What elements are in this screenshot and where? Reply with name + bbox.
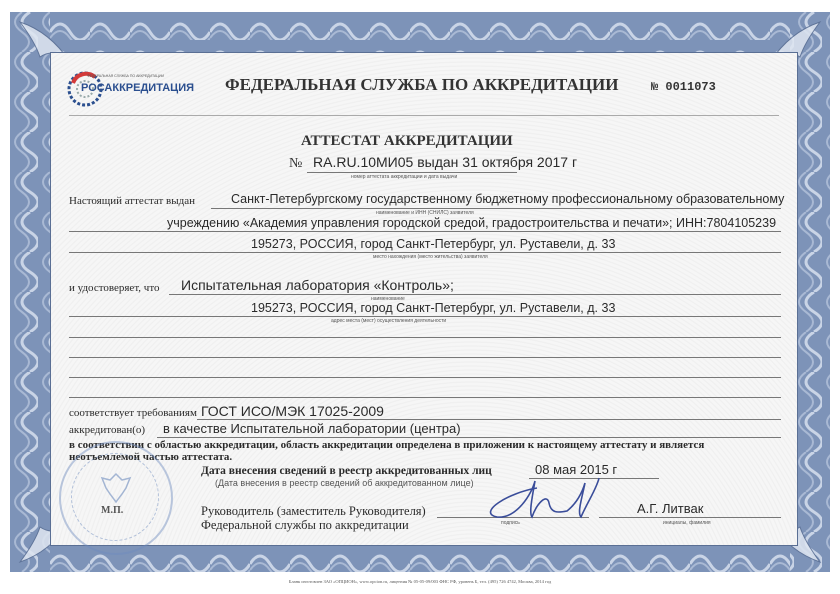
issued-to-underline2 [69, 231, 781, 232]
certifies-underline1 [169, 294, 781, 295]
certificate-number-caption: номер аттестата аккредитации и дата выда… [351, 174, 457, 180]
accredited-label: аккредитован(о) [69, 424, 145, 436]
double-headed-eagle-icon [96, 468, 136, 508]
certifies-caption2: адрес места (мест) осуществления деятель… [331, 318, 446, 324]
certificate-title: АТТЕСТАТ АККРЕДИТАЦИИ [301, 133, 513, 150]
certificate-number-prefix: № [289, 156, 302, 172]
agency-title: ФЕДЕРАЛЬНАЯ СЛУЖБА ПО АККРЕДИТАЦИИ [225, 75, 618, 95]
issued-to-line2: учреждению «Академия управления городско… [167, 216, 776, 230]
rosaccreditation-logo: ФЕДЕРАЛЬНАЯ СЛУЖБА ПО АККРЕДИТАЦИИ РОСАК… [65, 69, 205, 109]
logo-subtitle: ФЕДЕРАЛЬНАЯ СЛУЖБА ПО АККРЕДИТАЦИИ [87, 74, 164, 78]
registry-caption: (Дата внесения в реестр сведений об аккр… [215, 478, 474, 488]
issued-to-line1: Санкт-Петербургскому государственному бю… [231, 192, 784, 206]
signer-role-line1: Руководитель (заместитель Руководителя) [201, 504, 426, 519]
blank-line-4 [69, 397, 781, 398]
signer-name-underline [599, 517, 781, 518]
issued-to-underline1 [211, 208, 781, 209]
certificate-number: RA.RU.10МИ05 выдан 31 октября 2017 г [313, 154, 577, 170]
signer-name-caption: инициалы, фамилия [663, 520, 711, 526]
conformity-label: соответствует требованиям [69, 407, 197, 419]
blank-line-3 [69, 377, 781, 378]
stamp-label: М.П. [101, 505, 123, 516]
certifies-label: и удостоверяет, что [69, 282, 160, 294]
logo-text: РОСАККРЕДИТАЦИЯ [81, 82, 194, 94]
issued-to-label: Настоящий аттестат выдан [69, 195, 195, 207]
handwritten-signature [477, 473, 617, 523]
blank-line-2 [69, 357, 781, 358]
registry-label: Дата внесения сведений в реестр аккредит… [201, 465, 492, 477]
signer-name: А.Г. Литвак [637, 501, 703, 516]
laboratory-address: 195273, РОССИЯ, город Санкт-Петербург, у… [251, 301, 615, 315]
laboratory-name: Испытательная лаборатория «Контроль»; [181, 277, 454, 293]
official-stamp: М.П. [59, 441, 173, 555]
accredited-underline [157, 437, 781, 438]
blank-line-1 [69, 337, 781, 338]
conformity-underline [197, 419, 781, 420]
certifies-underline2 [69, 316, 781, 317]
accredited-as: в качестве Испытательной лаборатории (це… [163, 421, 461, 436]
signer-role-line2: Федеральной службы по аккредитации [201, 518, 409, 533]
issued-to-address: 195273, РОССИЯ, город Санкт-Петербург, у… [251, 237, 615, 251]
certificate-border: ФЕДЕРАЛЬНАЯ СЛУЖБА ПО АККРЕДИТАЦИИ РОСАК… [10, 12, 830, 572]
serial-number: № 0011073 [651, 80, 716, 94]
header-divider [69, 115, 779, 116]
issued-to-underline3 [69, 252, 781, 253]
scope-text-line1: в соответствии с областью аккредитации, … [69, 439, 704, 451]
footer-print-info: Бланк изготовлен ЗАО «ОПЦИОН», www.opcio… [0, 579, 840, 584]
certificate-body: ФЕДЕРАЛЬНАЯ СЛУЖБА ПО АККРЕДИТАЦИИ РОСАК… [50, 52, 798, 546]
issued-to-caption3: место нахождения (место жительства) заяв… [373, 254, 488, 260]
conformity-standard: ГОСТ ИСО/МЭК 17025-2009 [201, 403, 384, 419]
certificate-number-underline [307, 172, 517, 173]
